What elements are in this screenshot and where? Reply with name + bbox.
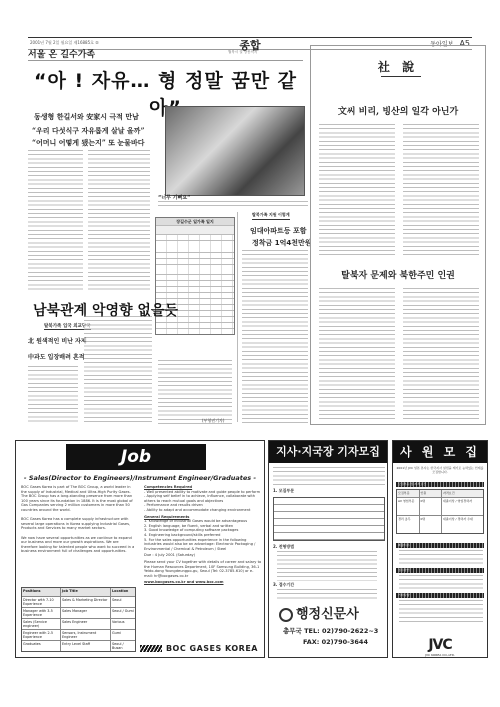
table-header-row: PositionsJob TitleLocation (22, 588, 135, 596)
divider (381, 76, 421, 77)
competency-item: - Ability to adapt and accommodate chang… (144, 508, 262, 513)
col-job-title: Job Title (60, 588, 110, 596)
cell: 모집부문 (397, 490, 419, 497)
jvc-etc-body (399, 600, 483, 622)
table-row (156, 264, 234, 274)
press-section-1: 1. 모집부문 (273, 489, 383, 493)
cell: Sales & Marketing Director (60, 597, 110, 607)
news-photo (165, 106, 305, 196)
editorial-1-col-2 (403, 124, 479, 256)
subhead-2: “우리 다섯식구 자유롭게 살날 올까” (32, 126, 144, 136)
cell: Sales Manager (60, 608, 110, 618)
press-banner: 지사·지국장 기자모집 (269, 441, 387, 463)
editorial-box: 社 說 文씨 비리, 빙산의 일각 아닌가 탈북자 문제와 북한주민 인권 (310, 45, 486, 425)
table-row (156, 328, 234, 334)
south-north-body-3 (158, 360, 232, 424)
cell: 자격요건 (441, 490, 483, 497)
jvc-intro: 2001년 JVC 일본 본사는 한국지사 설립을 계기로 능력있는 인재를 모… (396, 466, 484, 474)
jvc-logo: JVC (393, 637, 487, 653)
job-subtitle: - Sales(Director to Engineers)/Instrumen… (16, 474, 264, 482)
apply-text: Please send your CV together with detail… (144, 560, 262, 578)
box-body (242, 250, 308, 425)
jvc-bar-documents: 제출서류 (396, 543, 484, 548)
cell: Director with 7-10 Experience (22, 597, 60, 607)
south-north-body-1 (28, 366, 78, 424)
job-intro: BOC Gases Korea is part of The BOC Group… (21, 485, 136, 554)
cell: Gumi (110, 630, 135, 640)
ad-job-opportunities: Job Opportunities - Sales(Director to En… (15, 440, 265, 658)
editorial-label: 社 說 (311, 58, 485, 75)
press-fax: FAX: 02)790-3644 (303, 638, 368, 646)
seal-icon (279, 608, 293, 622)
table-row: 경리 총무0명대졸이상 / 경력자 우대 (397, 515, 483, 533)
editorial-1-col-1 (319, 124, 395, 256)
cell: Graduates (22, 641, 60, 651)
publisher-name: 행정신문사 (296, 607, 359, 622)
table-row: Sales (Service engineer)Sales EngineerVa… (22, 618, 135, 629)
cell: Engineer with 2-5 Experience (22, 630, 60, 640)
cell: Seoul / Busan (110, 641, 135, 651)
ad-jvc-recruit: 사 원 모 집 2001년 JVC 일본 본사는 한국지사 설립을 계기로 능력… (392, 440, 488, 658)
jvc-bar-qualifications: 모집부문 및 자격요건 (396, 482, 484, 487)
cell: Manager with 3-5 Experience (22, 608, 60, 618)
job-intro-1: BOC Gases Korea is part of The BOC Group… (21, 485, 136, 513)
south-north-subhead-2: 中과도 입장배려 흔적 (28, 352, 85, 361)
cell: Seoul (110, 597, 135, 607)
subhead-3: “어머니 어떻게 됐는지” 또 눈물바다 (32, 138, 144, 148)
press-tel: 총무국 TEL: 02)790-2622~3 (283, 626, 378, 635)
press-table (273, 497, 385, 541)
job-intro-3: We now have several opportunities as we … (21, 536, 136, 554)
box-headline-2: 정착금 1억4천만원 (252, 238, 312, 248)
jvc-table: 모집부문인원자격요건 AV 영업부문0명대졸이상 / 영업경력자 경리 총무0명… (396, 489, 484, 534)
table-row: GraduatesEntry Level StaffSeoul / Busan (22, 640, 135, 651)
press-section-3-body (277, 589, 377, 601)
divider (28, 60, 303, 61)
cell: 0명 (419, 516, 442, 533)
cell: Sales Engineer (60, 619, 110, 629)
south-north-subhead-1: 北 원색적인 비난 자제 (28, 336, 87, 345)
cell: Seoul / Gumi (110, 608, 135, 618)
section-title: 서울 온 길수가족 (28, 47, 95, 60)
cell: Sales (Service engineer) (22, 619, 60, 629)
due-date: Due : 4 July 2001 (Saturday) (144, 553, 262, 558)
column-rule (237, 212, 238, 422)
reporter: 월북시 결 상봉직지 (228, 50, 257, 55)
cell: Entry Level Staff (60, 641, 110, 651)
job-requirements: Competencies Required - Well presented a… (144, 485, 262, 585)
col-location: Location (110, 588, 135, 596)
table-row: Manager with 3-5 ExperienceSales Manager… (22, 607, 135, 618)
jvc-documents-body (399, 550, 483, 564)
article-body-col-1 (28, 150, 83, 290)
table-header-row: 모집부문인원자격요건 (397, 490, 483, 497)
box-kicker: 탈북가족 지원 이렇게 (252, 212, 290, 220)
table-title: 장길수군 일가족 일지 (156, 218, 234, 225)
jvc-bar-apply: 접수방법 (396, 568, 484, 573)
boc-stripes-icon (140, 645, 162, 652)
cell: AV 영업부문 (397, 498, 419, 515)
competency-item: - Applying self belief in to achieve, in… (144, 494, 262, 503)
cell: 경리 총무 (397, 516, 419, 533)
press-section-3: 3. 접수기간 (273, 583, 383, 587)
box-headline-1: 임대아파트등 포함 (250, 226, 307, 236)
cell: 0명 (419, 498, 442, 515)
job-banner: Job Opportunities (66, 444, 206, 470)
job-intro-2: BOC Gases Korea has a complete supply in… (21, 517, 136, 531)
cell: Sensors, Instrument Engineer (60, 630, 110, 640)
col-positions: Positions (22, 588, 60, 596)
table-header-row (156, 225, 234, 234)
table-row (156, 240, 234, 252)
jvc-company: JVC KOREA CO.,LTD. (393, 653, 487, 657)
editorial-2-col-2 (403, 288, 479, 420)
subhead-1: 동생형 한길서와 安家시 극적 만남 (34, 112, 139, 122)
cell: 인원 (419, 490, 442, 497)
cell: 대졸이상 / 영업경력자 (441, 498, 483, 515)
jvc-apply-body (399, 575, 483, 589)
editorial-title-2: 탈북자 문제와 북한주민 인권 (311, 268, 485, 281)
publisher-logo: 행정신문사 (279, 603, 359, 622)
ad-press-recruit: 지사·지국장 기자모집 1. 모집부문 2. 전형방법 3. 접수기간 행정신문… (268, 440, 388, 658)
boc-logo: BOC GASES KOREA (140, 644, 258, 653)
general-item: 5. For the sales opportunities experienc… (144, 538, 262, 552)
jvc-bar-etc: 기타사항 (396, 593, 484, 598)
positions-table: PositionsJob TitleLocation Director with… (21, 587, 136, 652)
photo-caption (158, 201, 308, 207)
article-body-col-2 (88, 150, 150, 290)
editorial-2-col-1 (319, 288, 395, 420)
byline: (부형권기자) (202, 418, 224, 424)
table-row: AV 영업부문0명대졸이상 / 영업경력자 (397, 497, 483, 515)
press-intro (273, 467, 385, 485)
jvc-banner: 사 원 모 집 (393, 441, 487, 463)
boc-logo-text: BOC GASES KOREA (166, 644, 258, 653)
photo-caption-title: “너무 기뻐요” (158, 194, 190, 201)
south-north-body-2 (84, 316, 152, 424)
web-link[interactable]: www.bocgases.co.kr and www.boc.com (144, 580, 262, 585)
editorial-title-1: 文씨 비리, 빙산의 일각 아닌가 (311, 104, 485, 117)
press-section-2: 2. 전형방법 (273, 545, 383, 549)
table-row: Engineer with 2-5 ExperienceSensors, Ins… (22, 629, 135, 640)
press-section-2-body (277, 551, 377, 581)
table-row: Director with 7-10 ExperienceSales & Mar… (22, 596, 135, 607)
cell: 대졸이상 / 경력자 우대 (441, 516, 483, 533)
cell: Various (110, 619, 135, 629)
